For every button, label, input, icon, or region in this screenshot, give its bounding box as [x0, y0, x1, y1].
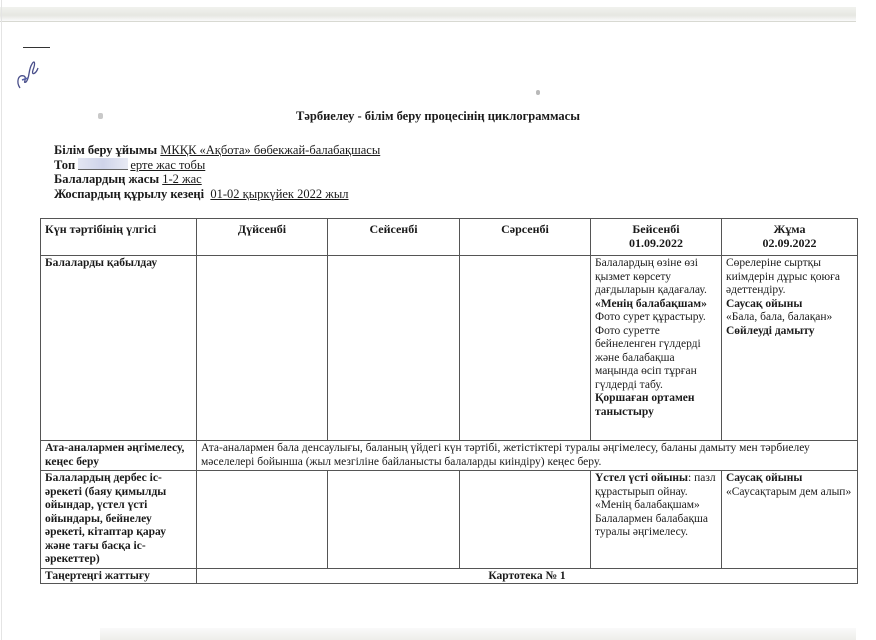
cell-text: Балалардың өзіне өзі қызмет көрсету дағд… — [595, 257, 707, 296]
cell-thursday: Үстел үсті ойыны: пазл құрастырып ойнау.… — [591, 471, 722, 569]
cyclogram-table: Күн тәртібінің үлгісі Дүйсенбі Сейсенбі … — [40, 218, 858, 584]
header-friday-date: 02.09.2022 — [726, 237, 853, 251]
meta-age: Балалардың жасы 1-2 жас — [54, 172, 380, 187]
cell-text: Сөрелеріне сыртқы киімдерін дұрыс қоюға … — [726, 257, 840, 296]
table-row: Таңертеңгі жаттығу Картотека № 1 — [41, 568, 858, 583]
meta-period-value: 01-02 қыркүйек 2022 жыл — [210, 187, 348, 201]
header-tuesday: Сейсенбі — [328, 219, 460, 256]
cell-bold-text: Саусақ ойыны — [726, 472, 853, 486]
row-label: Балалардың дербес іс-әрекеті (баяу қимыл… — [41, 471, 197, 569]
signature-icon — [12, 52, 42, 92]
row-label: Ата-аналармен әңгімелесу, кеңес беру — [41, 441, 197, 471]
cell-bold-text: Сөйлеуді дамыту — [726, 325, 853, 339]
meta-group-value: ерте жас тобы — [130, 158, 205, 172]
document-meta: Білім беру ұйымы МКҚК «Ақбота» бөбекжай-… — [54, 143, 380, 201]
table-row: Балалардың дербес іс-әрекеті (баяу қимыл… — [41, 471, 858, 569]
cell-monday — [197, 471, 328, 569]
header-thursday-date: 01.09.2022 — [595, 237, 717, 251]
row-label: Таңертеңгі жаттығу — [41, 568, 197, 583]
table-row: Балаларды қабылдау Балалардың өзіне өзі … — [41, 256, 858, 441]
cell-tuesday — [328, 471, 460, 569]
cell-text: «Менің балабақшам» Балалармен балабақша … — [595, 499, 717, 540]
cell-merged: Картотека № 1 — [197, 568, 858, 583]
header-friday-day: Жұма — [726, 223, 853, 237]
cell-wednesday — [460, 256, 591, 441]
scan-edge-top — [0, 7, 856, 22]
cell-text: Фото сурет құрастыру. Фото суретте бейне… — [595, 311, 717, 392]
row-label: Балаларды қабылдау — [41, 256, 197, 441]
table-header-row: Күн тәртібінің үлгісі Дүйсенбі Сейсенбі … — [41, 219, 858, 256]
scan-edge-left — [1, 0, 2, 640]
redacted-group-name — [78, 158, 128, 170]
header-friday: Жұма 02.09.2022 — [722, 219, 858, 256]
header-schedule: Күн тәртібінің үлгісі — [41, 219, 197, 256]
cell-wednesday — [460, 471, 591, 569]
meta-age-value: 1-2 жас — [162, 172, 202, 186]
table-row: Ата-аналармен әңгімелесу, кеңес беру Ата… — [41, 441, 858, 471]
scan-artifact — [536, 90, 540, 95]
cell-friday: Сөрелеріне сыртқы киімдерін дұрыс қоюға … — [722, 256, 858, 441]
cell-text: «Саусақтарым дем алып» — [726, 486, 853, 500]
cell-tuesday — [328, 256, 460, 441]
scan-edge-bottom — [100, 628, 856, 640]
cell-bold-text: «Менің балабақшам» — [595, 298, 717, 312]
signature-line — [23, 47, 50, 48]
meta-period: Жоспардың құрылу кезеңі 01-02 қыркүйек 2… — [54, 187, 380, 202]
cell-thursday: Балалардың өзіне өзі қызмет көрсету дағд… — [591, 256, 722, 441]
header-wednesday: Сәрсенбі — [460, 219, 591, 256]
document-title: Тәрбиелеу - білім беру процесінің циклог… — [0, 109, 876, 124]
cell-text: «Бала, бала, балақан» — [726, 311, 853, 325]
meta-period-label: Жоспардың құрылу кезеңі — [54, 187, 204, 201]
meta-age-label: Балалардың жасы — [54, 172, 159, 186]
cell-merged: Ата-аналармен бала денсаулығы, баланың ү… — [197, 441, 858, 471]
meta-organization: Білім беру ұйымы МКҚК «Ақбота» бөбекжай-… — [54, 143, 380, 158]
meta-group-label: Топ — [54, 158, 75, 172]
meta-organization-label: Білім беру ұйымы — [54, 143, 157, 157]
header-thursday-day: Бейсенбі — [595, 223, 717, 237]
meta-group: Топ ерте жас тобы — [54, 158, 380, 173]
header-monday: Дүйсенбі — [197, 219, 328, 256]
cell-friday: Саусақ ойыны «Саусақтарым дем алып» — [722, 471, 858, 569]
cell-bold-text: Үстел үсті ойыны — [595, 472, 688, 484]
meta-organization-value: МКҚК «Ақбота» бөбекжай-балабақшасы — [160, 143, 380, 157]
cell-bold-text: Қоршаған ортамен таныстыру — [595, 392, 717, 419]
scan-edge-right — [856, 0, 876, 640]
header-thursday: Бейсенбі 01.09.2022 — [591, 219, 722, 256]
cell-monday — [197, 256, 328, 441]
cell-bold-text: Саусақ ойыны — [726, 298, 853, 312]
